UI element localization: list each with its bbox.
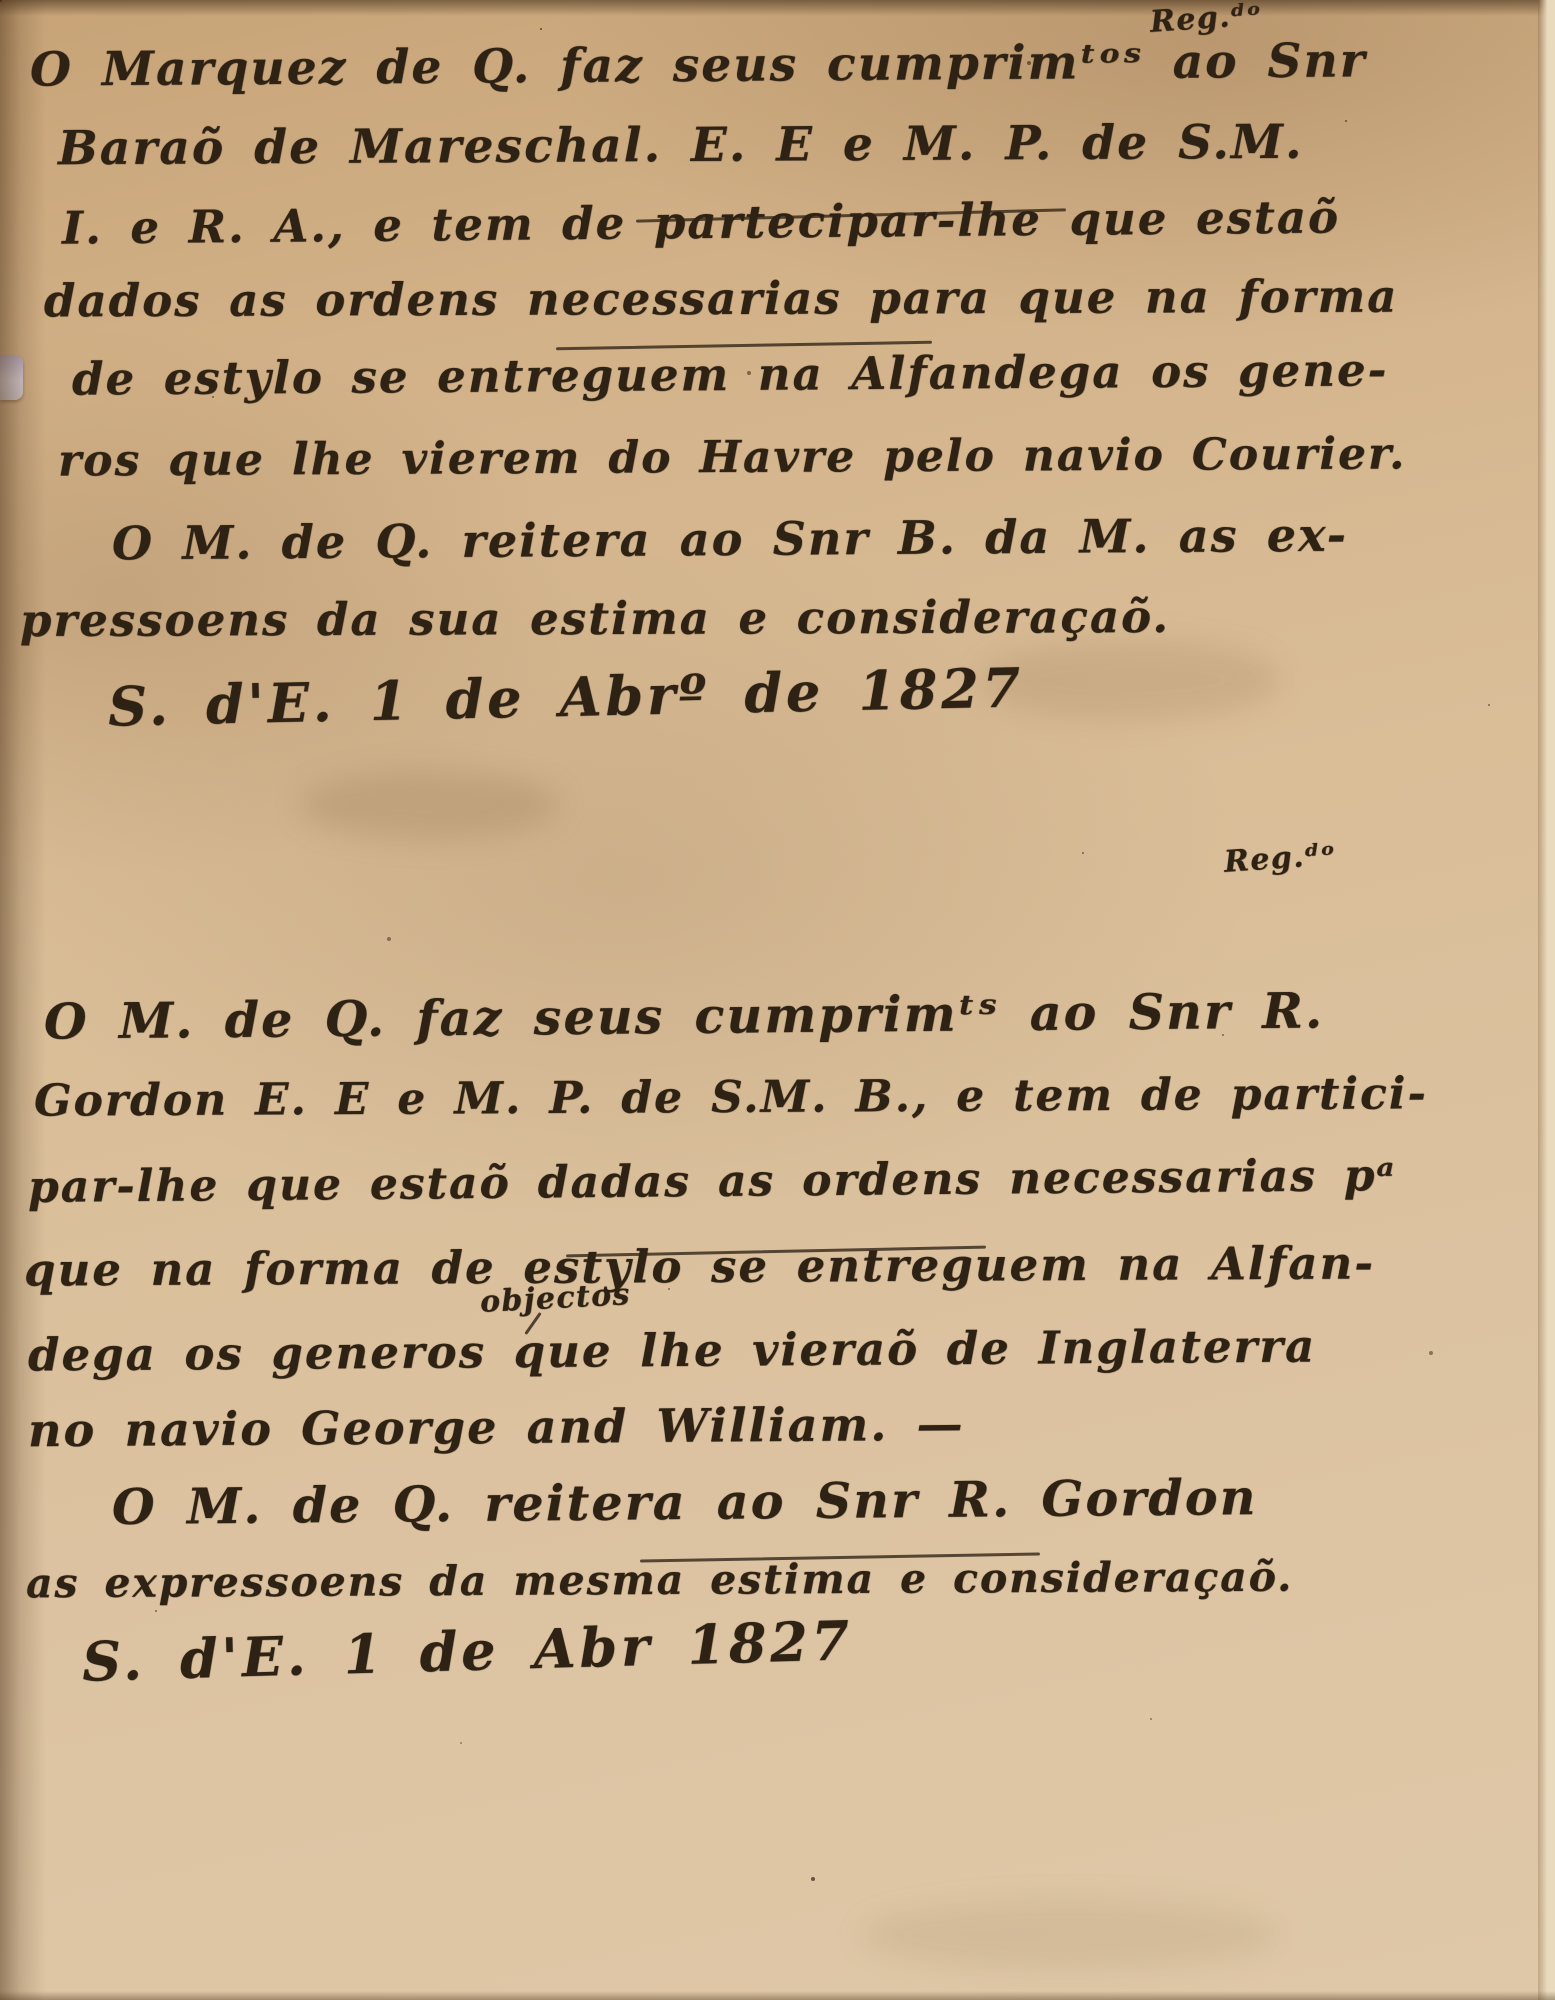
note-2-line-1: O M. de Q. faz seus cumprimᵗˢ ao Snr R. [44,984,1325,1049]
register-mark-middle: Reg.ᵈᵒ [1223,838,1338,879]
note-2-line-8: as expressoens da mesma estima e conside… [26,1555,1293,1607]
note-2-line-2: Gordon E. E e M. P. de S.M. B., e tem de… [34,1070,1428,1126]
note-1-line-2: Baraõ de Mareschal. E. E e M. P. de S.M. [58,117,1304,175]
manuscript-page: Reg.ᵈᵒ O Marquez de Q. faz seus cumprimᵗ… [0,0,1555,2000]
page-top-shadow [0,0,1555,16]
note-2-dateline: S. d'E. 1 de Abr 1827 [81,1611,853,1692]
paper-stain [300,770,560,840]
note-2-line-3: par-lhe que estaõ dadas as ordens necess… [28,1152,1397,1212]
note-1-line-8: pressoens da sua estima e consideraçaõ. [20,592,1170,646]
note-1-dateline: S. d'E. 1 de Abrº de 1827 [107,658,1024,737]
note-1-line-4: dados as ordens necessarias para que na … [44,272,1399,326]
page-right-edge [1538,0,1555,2000]
note-1-line-3: I. e R. A., e tem de partecipar-lhe que … [62,192,1340,253]
note-2-line-4: que na forma de estylo se entreguem na A… [24,1238,1375,1295]
note-2-interlinear-insertion: objectos [479,1278,631,1319]
note-2-line-5: dega os generos que lhe vieraõ de Inglat… [28,1322,1317,1380]
note-1-line-1: O Marquez de Q. faz seus cumprimᵗᵒˢ ao S… [30,35,1367,96]
page-gutter-shadow [0,0,46,2000]
note-1-line-7: O M. de Q. reitera ao Snr B. da M. as ex… [112,510,1348,569]
note-1-line-5: de estylo se entreguem na Alfandega os g… [72,345,1389,404]
paper-stain [980,640,1280,720]
note-2-line-6: no navio George and William. — [28,1399,965,1456]
page-bottom-shadow [0,1991,1555,2000]
paper-stain [860,1900,1280,1970]
note-2-line-7: O M. de Q. reitera ao Snr R. Gordon [112,1471,1258,1535]
note-1-line-6: ros que lhe vierem do Havre pelo navio C… [58,430,1407,485]
